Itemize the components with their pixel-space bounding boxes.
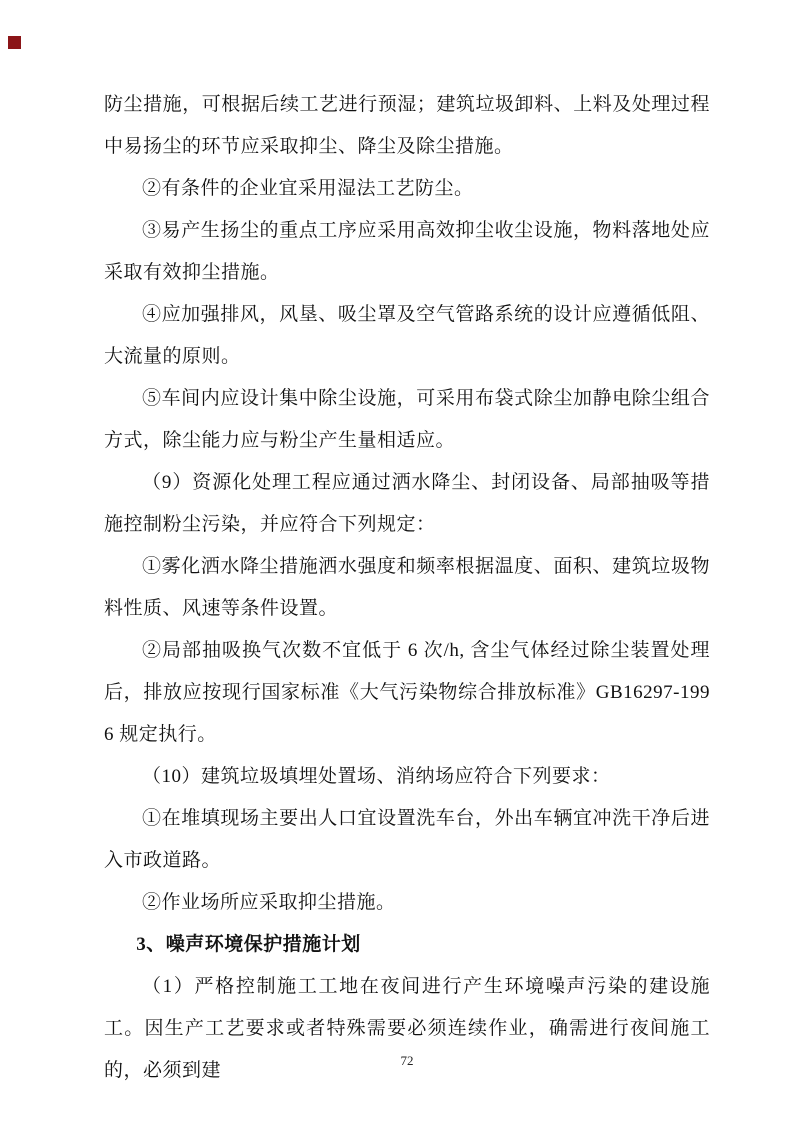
paragraph: ②局部抽吸换气次数不宜低于 6 次/h, 含尘气体经过除尘装置处理后，排放应按现… [104, 630, 710, 756]
document-page: 防尘措施，可根据后续工艺进行预湿；建筑垃圾卸料、上料及处理过程中易扬尘的环节应采… [0, 0, 793, 1122]
document-body: 防尘措施，可根据后续工艺进行预湿；建筑垃圾卸料、上料及处理过程中易扬尘的环节应采… [104, 84, 710, 1092]
section-heading: 3、噪声环境保护措施计划 [104, 924, 710, 966]
paragraph: （9）资源化处理工程应通过洒水降尘、封闭设备、局部抽吸等措施控制粉尘污染，并应符… [104, 462, 710, 546]
paragraph: 防尘措施，可根据后续工艺进行预湿；建筑垃圾卸料、上料及处理过程中易扬尘的环节应采… [104, 84, 710, 168]
paragraph: ①雾化洒水降尘措施洒水强度和频率根据温度、面积、建筑垃圾物料性质、风速等条件设置… [104, 546, 710, 630]
paragraph: ④应加强排风，风垦、吸尘罩及空气管路系统的设计应遵循低阻、大流量的原则。 [104, 294, 710, 378]
paragraph: （1）严格控制施工工地在夜间进行产生环境噪声污染的建设施工。因生产工艺要求或者特… [104, 966, 710, 1092]
paragraph: ②有条件的企业宜采用湿法工艺防尘。 [104, 168, 710, 210]
paragraph: ②作业场所应采取抑尘措施。 [104, 882, 710, 924]
page-number: 72 [401, 1053, 414, 1068]
paragraph: ③易产生扬尘的重点工序应采用高效抑尘收尘设施，物料落地处应采取有效抑尘措施。 [104, 210, 710, 294]
paragraph: （10）建筑垃圾填埋处置场、消纳场应符合下列要求： [104, 756, 710, 798]
page-footer: 72 [104, 1052, 710, 1070]
paragraph: ①在堆填现场主要出人口宜设置洗车台，外出车辆宜冲洗干净后进入市政道路。 [104, 798, 710, 882]
page-corner-marker [8, 36, 21, 49]
paragraph: ⑤车间内应设计集中除尘设施，可采用布袋式除尘加静电除尘组合方式，除尘能力应与粉尘… [104, 378, 710, 462]
